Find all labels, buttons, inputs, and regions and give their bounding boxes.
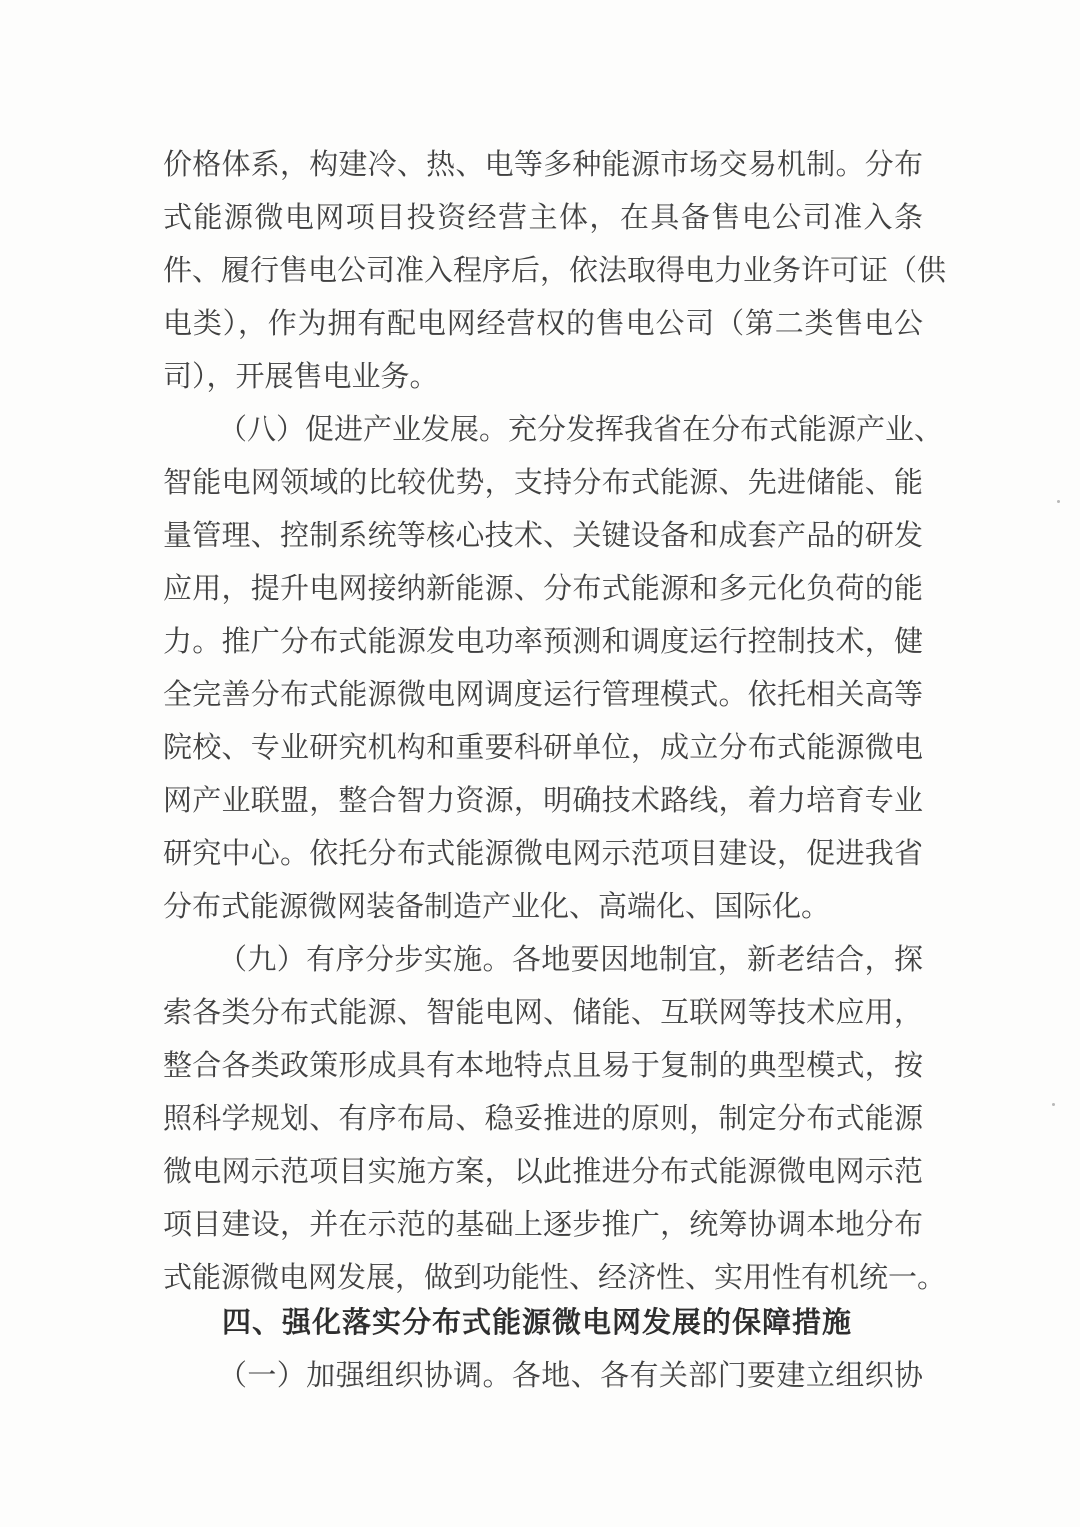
- scan-speck: [1057, 500, 1060, 503]
- paragraph-line: 量管理、控制系统等核心技术、关键设备和成套产品的研发: [163, 515, 923, 555]
- paragraph-line: 分布式能源微网装备制造产业化、高端化、国际化。: [163, 886, 923, 926]
- paragraph-line: （九）有序分步实施。各地要因地制宜，新老结合，探: [218, 939, 923, 979]
- paragraph-line: 力。推广分布式能源发电功率预测和调度运行控制技术，健: [163, 621, 923, 661]
- scan-speck: [1052, 1103, 1055, 1106]
- paragraph-line: 司），开展售电业务。: [163, 356, 923, 396]
- paragraph-line: 件、履行售电公司准入程序后，依法取得电力业务许可证（供: [163, 250, 923, 290]
- paragraph-line: 应用，提升电网接纳新能源、分布式能源和多元化负荷的能: [163, 568, 923, 608]
- paragraph-line: （八）促进产业发展。充分发挥我省在分布式能源产业、: [218, 409, 923, 449]
- paragraph-line: 智能电网领域的比较优势，支持分布式能源、先进储能、能: [163, 462, 923, 502]
- paragraph-line: 整合各类政策形成具有本地特点且易于复制的典型模式，按: [163, 1045, 923, 1085]
- paragraph-line: 项目建设，并在示范的基础上逐步推广，统筹协调本地分布: [163, 1204, 923, 1244]
- paragraph-line: （一）加强组织协调。各地、各有关部门要建立组织协: [218, 1355, 923, 1395]
- paragraph-line: 院校、专业研究机构和重要科研单位，成立分布式能源微电: [163, 727, 923, 767]
- paragraph-line: 价格体系，构建冷、热、电等多种能源市场交易机制。分布: [163, 144, 923, 184]
- paragraph-line: 索各类分布式能源、智能电网、储能、互联网等技术应用，: [163, 992, 923, 1032]
- paragraph-line: 全完善分布式能源微电网调度运行管理模式。依托相关高等: [163, 674, 923, 714]
- paragraph-line: 照科学规划、有序布局、稳妥推进的原则，制定分布式能源: [163, 1098, 923, 1138]
- document-page: 价格体系，构建冷、热、电等多种能源市场交易机制。分布 式能源微电网项目投资经营主…: [0, 0, 1080, 1527]
- paragraph-line: 微电网示范项目实施方案，以此推进分布式能源微电网示范: [163, 1151, 923, 1191]
- paragraph-line: 研究中心。依托分布式能源微电网示范项目建设，促进我省: [163, 833, 923, 873]
- paragraph-line: 式能源微电网发展，做到功能性、经济性、实用性有机统一。: [163, 1257, 923, 1297]
- paragraph-line: 网产业联盟，整合智力资源，明确技术路线，着力培育专业: [163, 780, 923, 820]
- section-heading: 四、强化落实分布式能源微电网发展的保障措施: [222, 1302, 852, 1342]
- paragraph-line: 式能源微电网项目投资经营主体，在具备售电公司准入条: [163, 197, 923, 237]
- paragraph-line: 电类），作为拥有配电网经营权的售电公司（第二类售电公: [163, 303, 923, 343]
